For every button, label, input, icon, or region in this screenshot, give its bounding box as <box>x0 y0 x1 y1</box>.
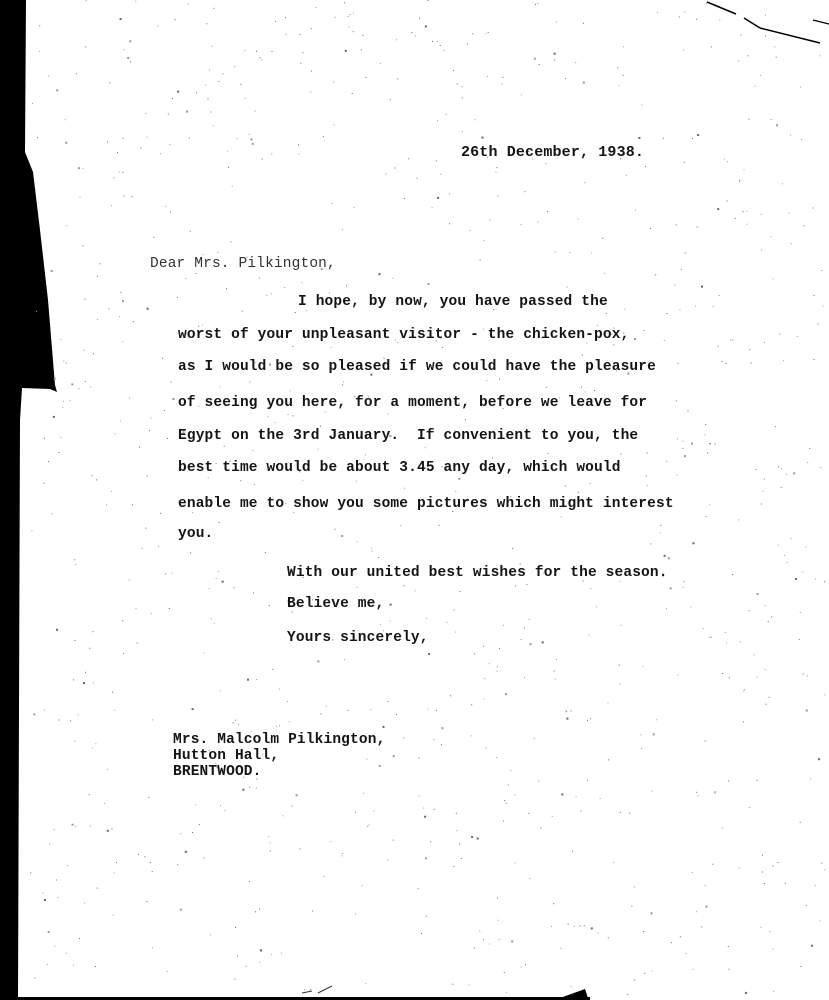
body-line: enable me to show you some pictures whic… <box>178 496 674 512</box>
letter-date: 26th December, 1938. <box>461 144 644 161</box>
body-line: of seeing you here, for a moment, before… <box>178 395 647 411</box>
recipient-town: BRENTWOOD. <box>173 764 262 780</box>
body-line: best time would be about 3.45 any day, w… <box>178 460 621 476</box>
body-line: as I would be so pleased if we could hav… <box>178 359 656 375</box>
body-line: Egypt on the 3rd January. If convenient … <box>178 428 638 444</box>
salutation: Dear Mrs. Pilkington, <box>150 256 336 272</box>
letter-page: 26th December, 1938. Dear Mrs. Pilkingto… <box>0 0 829 1000</box>
body-line: worst of your unpleasant visitor - the c… <box>178 327 629 343</box>
closing-wishes: With our united best wishes for the seas… <box>287 565 668 581</box>
closing-signoff: Yours sincerely, <box>287 630 429 646</box>
body-line: you. <box>178 526 213 542</box>
recipient-name: Mrs. Malcolm Pilkington, <box>173 732 385 748</box>
recipient-house: Hutton Hall, <box>173 748 279 764</box>
body-line: I hope, by now, you have passed the <box>298 294 608 310</box>
closing-believe: Believe me, <box>287 596 384 612</box>
